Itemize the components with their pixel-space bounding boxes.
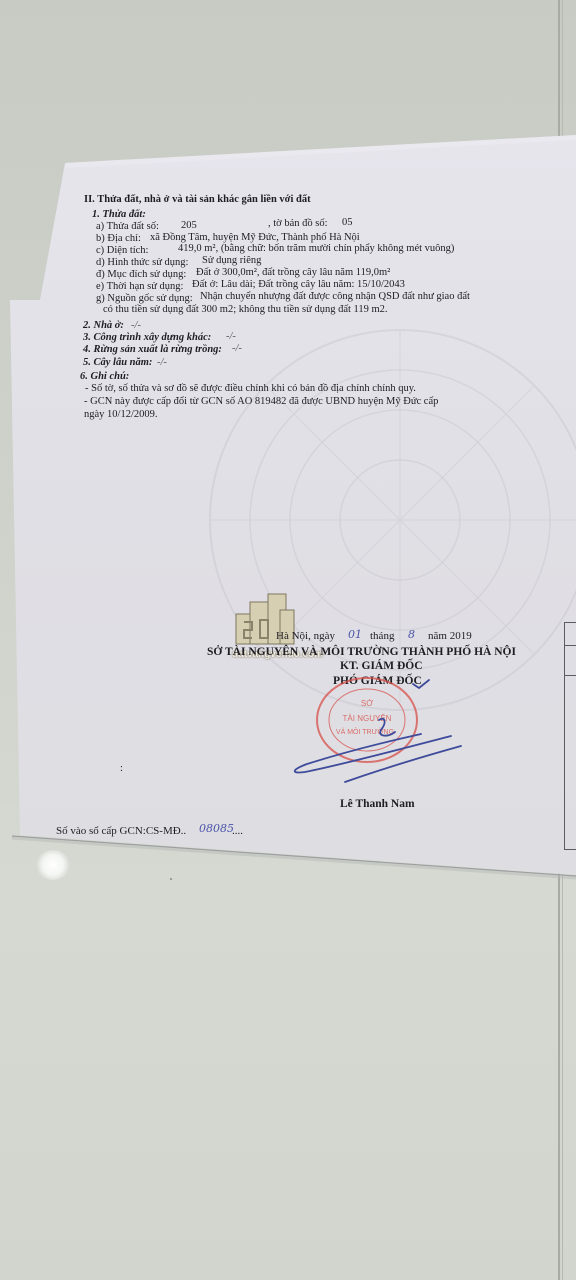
usage-term-label: e) Thời hạn sử dụng: (96, 281, 183, 293)
area-value: 419,0 m², (bằng chữ: bốn trăm mười chín … (178, 243, 454, 255)
notes-line-1: - Số tờ, số thửa và sơ đồ sẽ được điều c… (85, 383, 416, 395)
perennial-trees-value: -/- (157, 357, 167, 369)
house-label: 2. Nhà ở: (83, 320, 124, 332)
issuing-agency: SỞ TÀI NGUYÊN VÀ MÔI TRƯỜNG THÀNH PHỐ HÀ… (207, 646, 516, 658)
registry-number-handwritten: 08085 (199, 823, 234, 835)
usage-origin-value-line2: có thu tiền sử dụng đất 300 m2; không th… (103, 304, 388, 316)
usage-term-value: Đất ở: Lâu dài; Đất trồng cây lâu năm: 1… (192, 279, 405, 291)
map-sheet-label: , tờ bản đồ số: (268, 218, 328, 230)
registry-suffix: .... (232, 825, 243, 837)
handwritten-signature (285, 676, 465, 786)
notes-line-3: ngày 10/12/2009. (84, 409, 158, 421)
usage-purpose-label: đ) Mục đích sử dụng: (96, 269, 186, 281)
page-mark: : (120, 763, 123, 775)
map-sheet-value: 05 (342, 217, 353, 229)
usage-purpose-value: Đất ở 300,0m², đất trồng cây lâu năm 119… (196, 267, 390, 279)
building-logo-icon (232, 592, 300, 652)
signer-name: Lê Thanh Nam (340, 798, 415, 810)
date-month-handwritten: 8 (408, 629, 415, 641)
on-behalf-title: KT. GIÁM ĐỐC (340, 660, 423, 672)
date-day-handwritten: 01 (348, 629, 362, 641)
usage-origin-value-line1: Nhận chuyển nhượng đất được công nhận QS… (200, 291, 470, 303)
usage-form-value: Sử dụng riêng (202, 255, 261, 267)
house-value: -/- (131, 320, 141, 332)
perennial-trees-label: 5. Cây lâu năm: (83, 357, 152, 369)
date-year: năm 2019 (428, 630, 472, 642)
address-label: b) Địa chỉ: (96, 233, 141, 245)
production-forest-value: -/- (232, 343, 242, 355)
parcel-number-value: 205 (181, 220, 197, 232)
registry-label: Số vào sổ cấp GCN:CS-MĐ.. (56, 825, 186, 837)
date-prefix: Hà Nội, ngày (276, 630, 335, 642)
area-label: c) Diện tích: (96, 245, 148, 257)
notes-line-2: - GCN này được cấp đổi từ GCN số AO 8194… (84, 396, 438, 408)
notes-label: 6. Ghi chú: (80, 371, 129, 383)
land-parcel-heading: 1. Thửa đất: (92, 209, 146, 221)
other-construction-value: -/- (226, 331, 236, 343)
other-construction-label: 3. Công trình xây dựng khác: (83, 332, 211, 344)
certificate-content: II. Thửa đất, nhà ở và tài sản khác gắn … (0, 0, 576, 1280)
section-heading: II. Thửa đất, nhà ở và tài sản khác gắn … (84, 194, 311, 206)
production-forest-label: 4. Rừng sản xuất là rừng trồng: (83, 344, 222, 356)
date-month-label: tháng (370, 630, 394, 642)
usage-form-label: d) Hình thức sử dụng: (96, 257, 188, 269)
